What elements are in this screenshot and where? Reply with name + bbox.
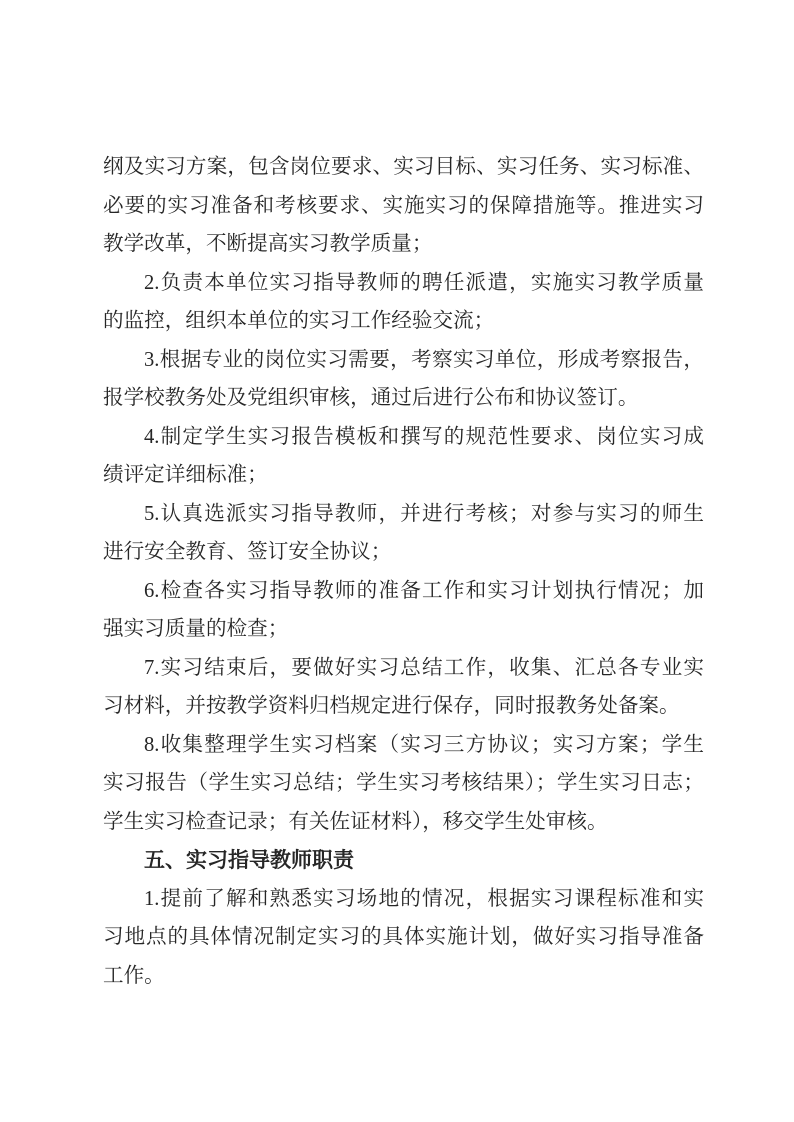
- text-line: 5.认真选派实习指导教师，并进行考核；对参与实习的师生: [103, 495, 704, 534]
- text-line: 7.实习结束后，要做好实习总结工作，收集、汇总各专业实: [103, 649, 704, 688]
- text-line: 绩评定详细标准；: [103, 456, 704, 495]
- text-line: 纲及实习方案，包含岗位要求、实习目标、实习任务、实习标准、: [103, 148, 704, 187]
- text-line: 3.根据专业的岗位实习需要，考察实习单位，形成考察报告，: [103, 341, 704, 380]
- document-body: 纲及实习方案，包含岗位要求、实习目标、实习任务、实习标准、必要的实习准备和考核要…: [103, 148, 704, 995]
- text-line: 4.制定学生实习报告模板和撰写的规范性要求、岗位实习成: [103, 418, 704, 457]
- text-line: 工作。: [103, 957, 704, 996]
- text-line: 6.检查各实习指导教师的准备工作和实习计划执行情况；加: [103, 572, 704, 611]
- document-page: 纲及实习方案，包含岗位要求、实习目标、实习任务、实习标准、必要的实习准备和考核要…: [0, 0, 794, 1122]
- text-line: 必要的实习准备和考核要求、实施实习的保障措施等。推进实习: [103, 187, 704, 226]
- text-line: 进行安全教育、签订安全协议；: [103, 533, 704, 572]
- text-line: 的监控，组织本单位的实习工作经验交流；: [103, 302, 704, 341]
- text-line: 实习报告（学生实习总结；学生实习考核结果）；学生实习日志；: [103, 764, 704, 803]
- text-line: 学生实习检查记录；有关佐证材料），移交学生处审核。: [103, 803, 704, 842]
- text-line: 教学改革，不断提高实习教学质量；: [103, 225, 704, 264]
- text-line: 强实习质量的检查；: [103, 610, 704, 649]
- text-line: 报学校教务处及党组织审核，通过后进行公布和协议签订。: [103, 379, 704, 418]
- section-heading: 五、实习指导教师职责: [103, 841, 704, 880]
- text-line: 2.负责本单位实习指导教师的聘任派遣，实施实习教学质量: [103, 264, 704, 303]
- text-line: 1.提前了解和熟悉实习场地的情况，根据实习课程标准和实: [103, 880, 704, 919]
- text-line: 习材料，并按教学资料归档规定进行保存，同时报教务处备案。: [103, 687, 704, 726]
- text-line: 习地点的具体情况制定实习的具体实施计划，做好实习指导准备: [103, 918, 704, 957]
- text-line: 8.收集整理学生实习档案（实习三方协议；实习方案；学生: [103, 726, 704, 765]
